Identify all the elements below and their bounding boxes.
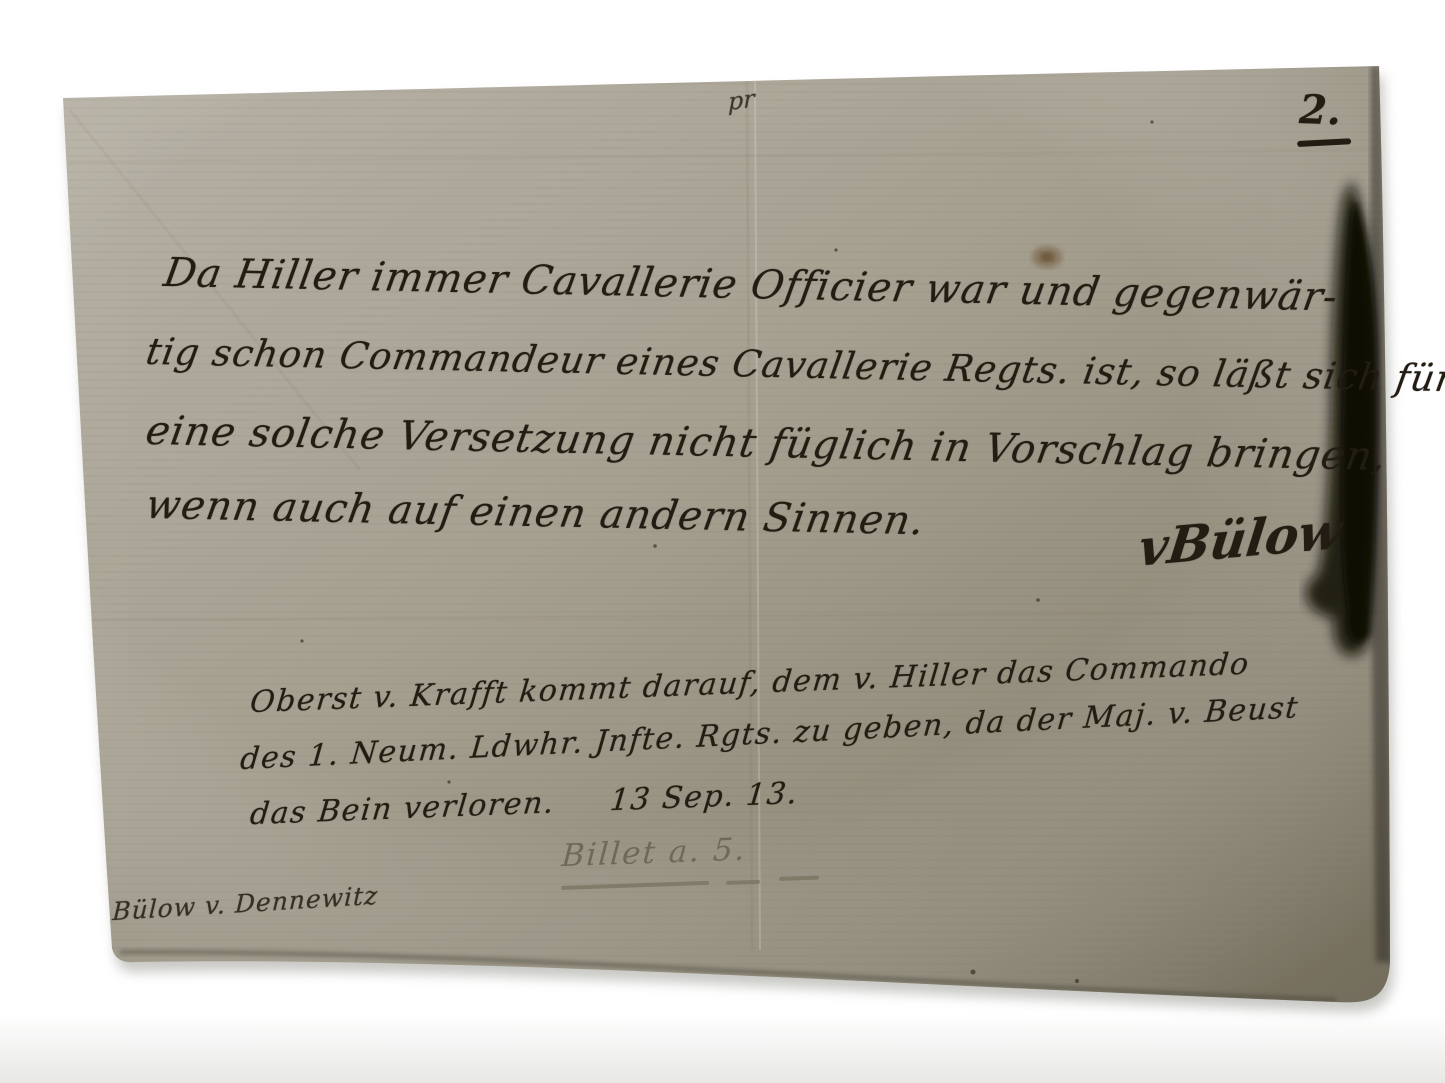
archival-pencil-note: Billet a. 5.	[560, 832, 747, 875]
stain-spot-core	[1040, 252, 1054, 262]
top-center-ink-mark: pr	[728, 84, 755, 116]
page-number: 2.	[1298, 86, 1341, 134]
photo-background: pr 2. Da Hiller immer Cavallerie Officie…	[0, 0, 1445, 1083]
background-fabric-shade	[0, 1013, 1445, 1083]
